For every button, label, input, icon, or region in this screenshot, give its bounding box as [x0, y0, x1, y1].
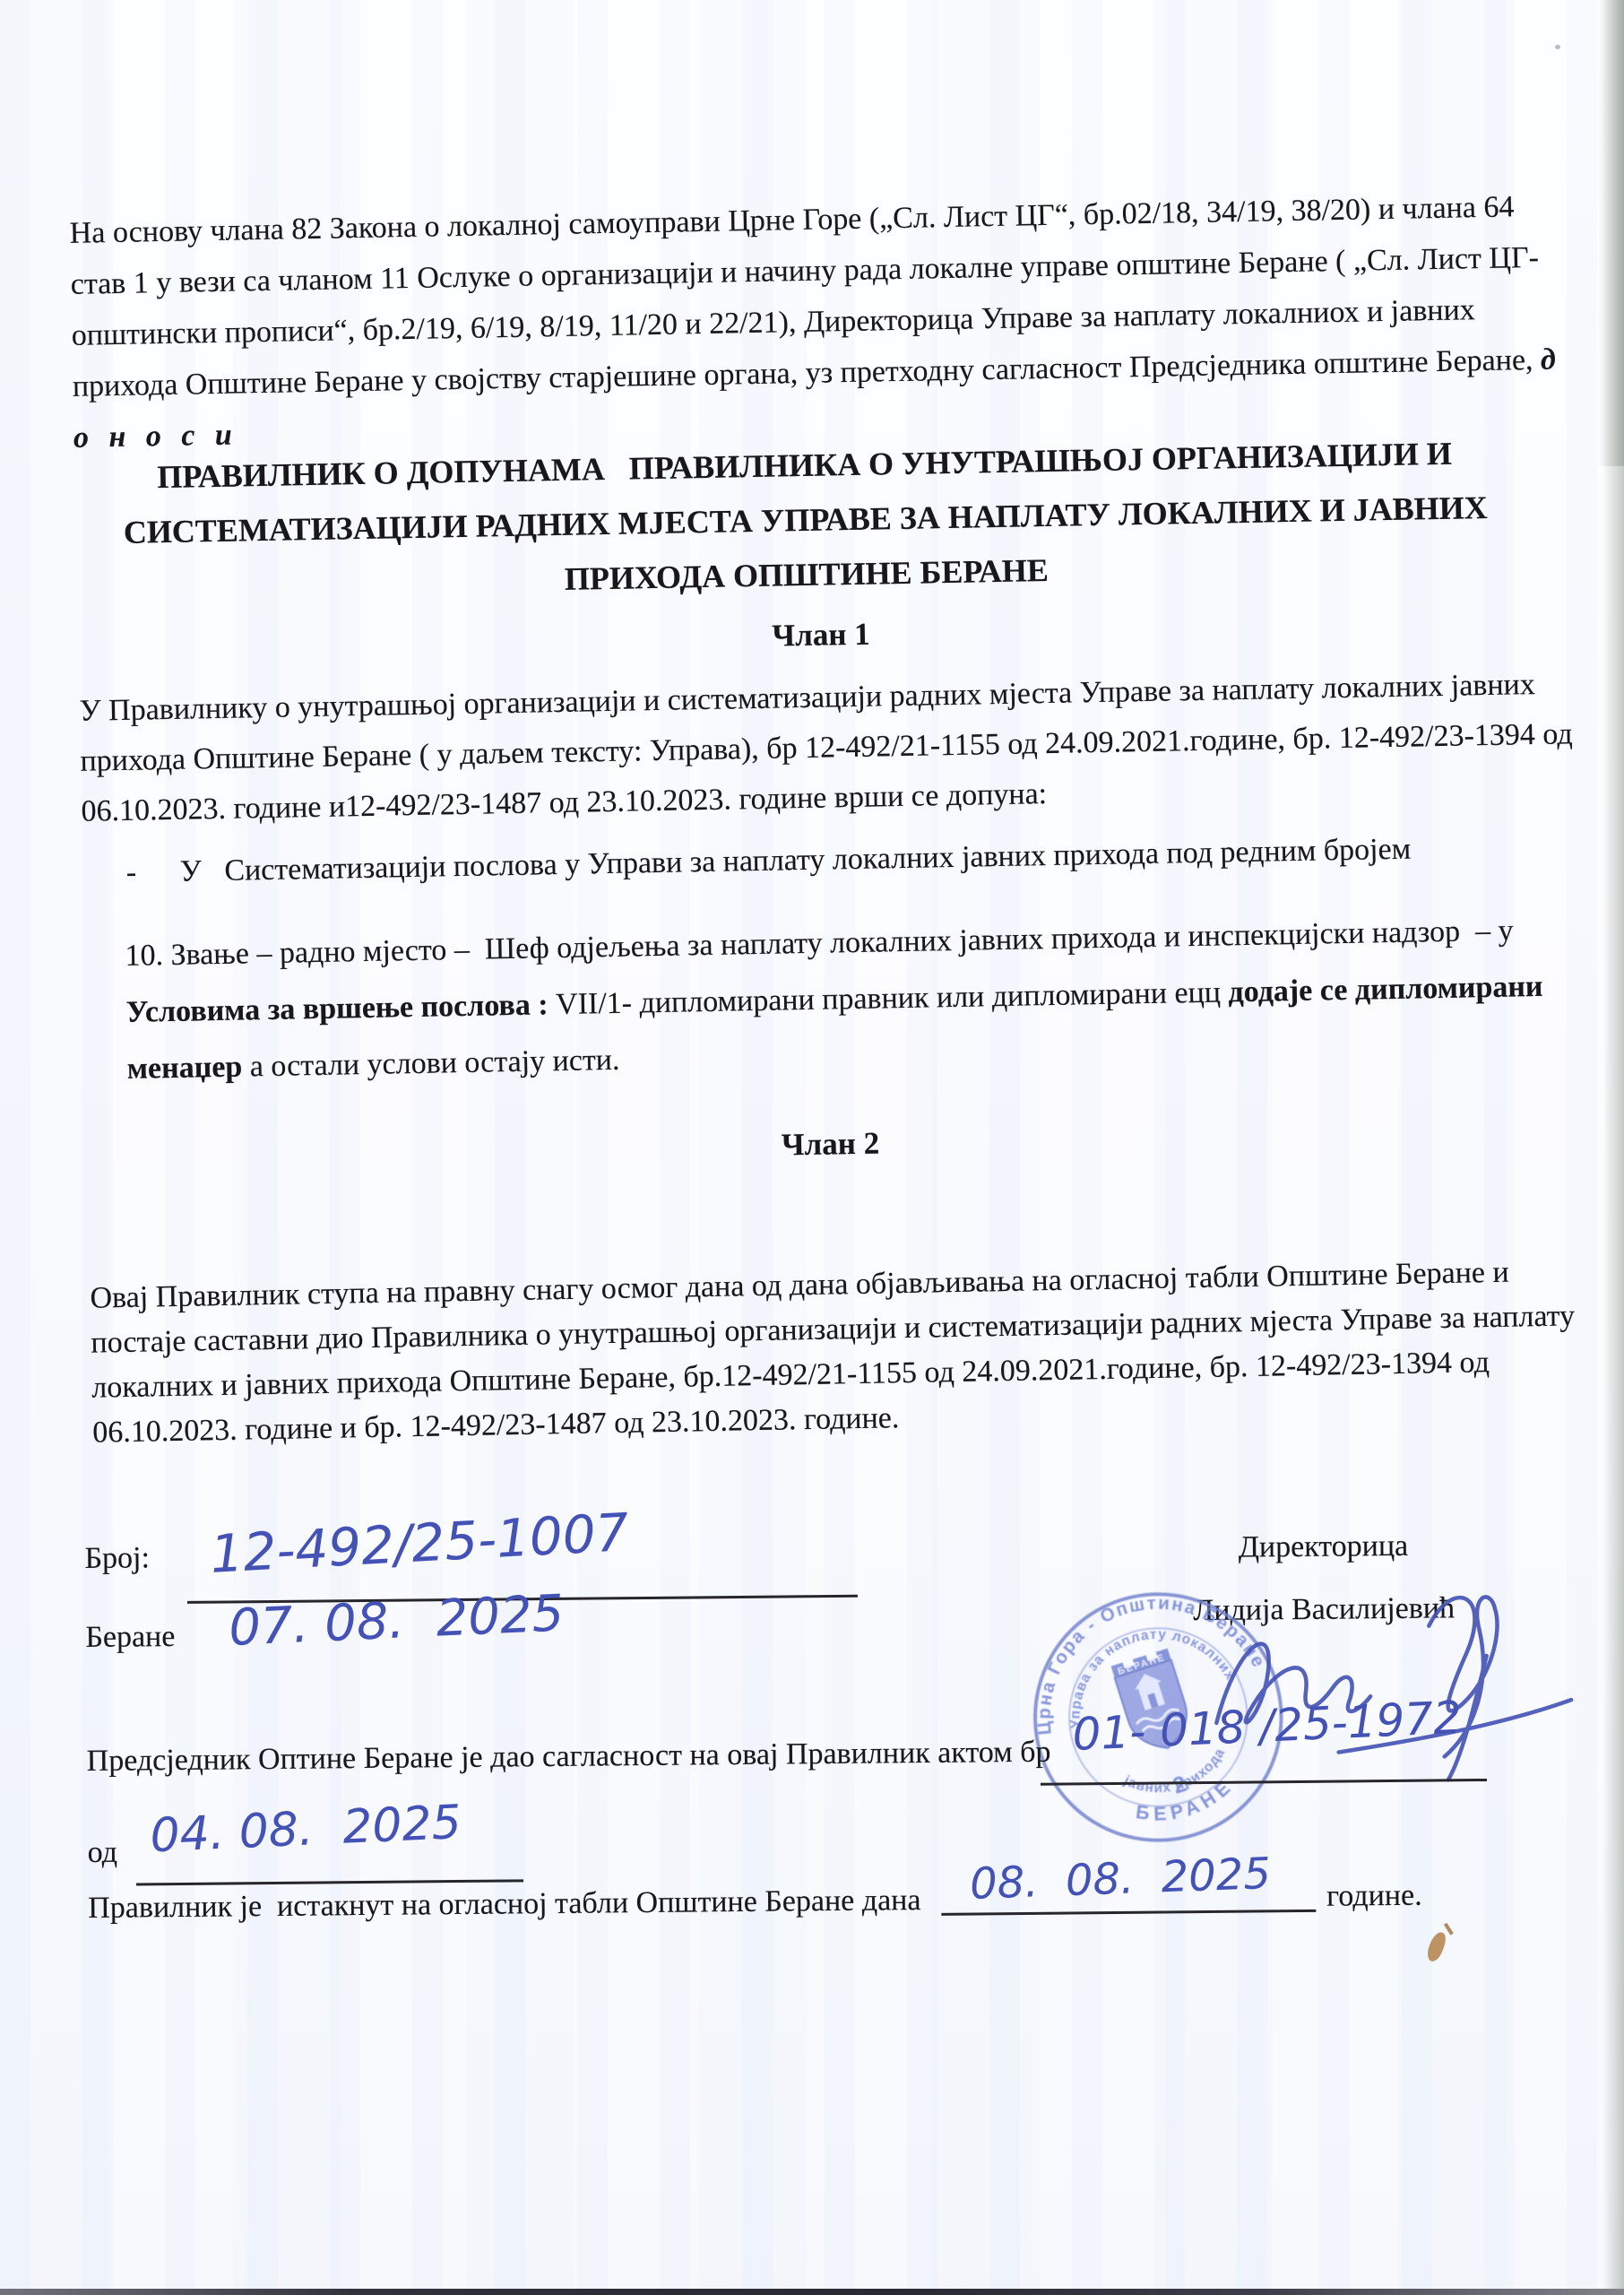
handwritten-case-number: 12-492/25-1007: [209, 1502, 630, 1585]
handwritten-posted-date: 08. 08. 2025: [969, 1849, 1272, 1910]
director-signature: [1203, 1569, 1581, 1788]
place-label: Беране: [85, 1614, 175, 1661]
posted-date-underline: [941, 1910, 1316, 1916]
ink-smudge-mark: [1425, 1930, 1447, 1963]
consent-line-text: Предсједник Оптине Беране је дао сагласн…: [86, 1729, 1050, 1785]
handwritten-issue-date: 07. 08. 2025: [228, 1584, 566, 1658]
scan-edge-bar-bottom: [0, 2289, 1624, 2295]
scanned-document-page: На основу члана 82 Закона о локалној сам…: [0, 0, 1624, 2295]
handwritten-consent-date: 04. 08. 2025: [149, 1796, 462, 1863]
scan-dust-dot: [1555, 45, 1560, 49]
od-label: од: [87, 1830, 117, 1876]
page-edge-shadow-right-top: [1597, 0, 1624, 466]
posted-line-suffix: године.: [1326, 1873, 1422, 1920]
posted-line-text: Правилник је истакнут на огласној табли …: [88, 1877, 921, 1932]
signature-block-section: Број: 12-492/25-1007 Беране 07. 08. 2025…: [0, 0, 1624, 2295]
number-label: Број:: [84, 1535, 150, 1582]
director-title: Директорица: [1144, 1522, 1502, 1572]
